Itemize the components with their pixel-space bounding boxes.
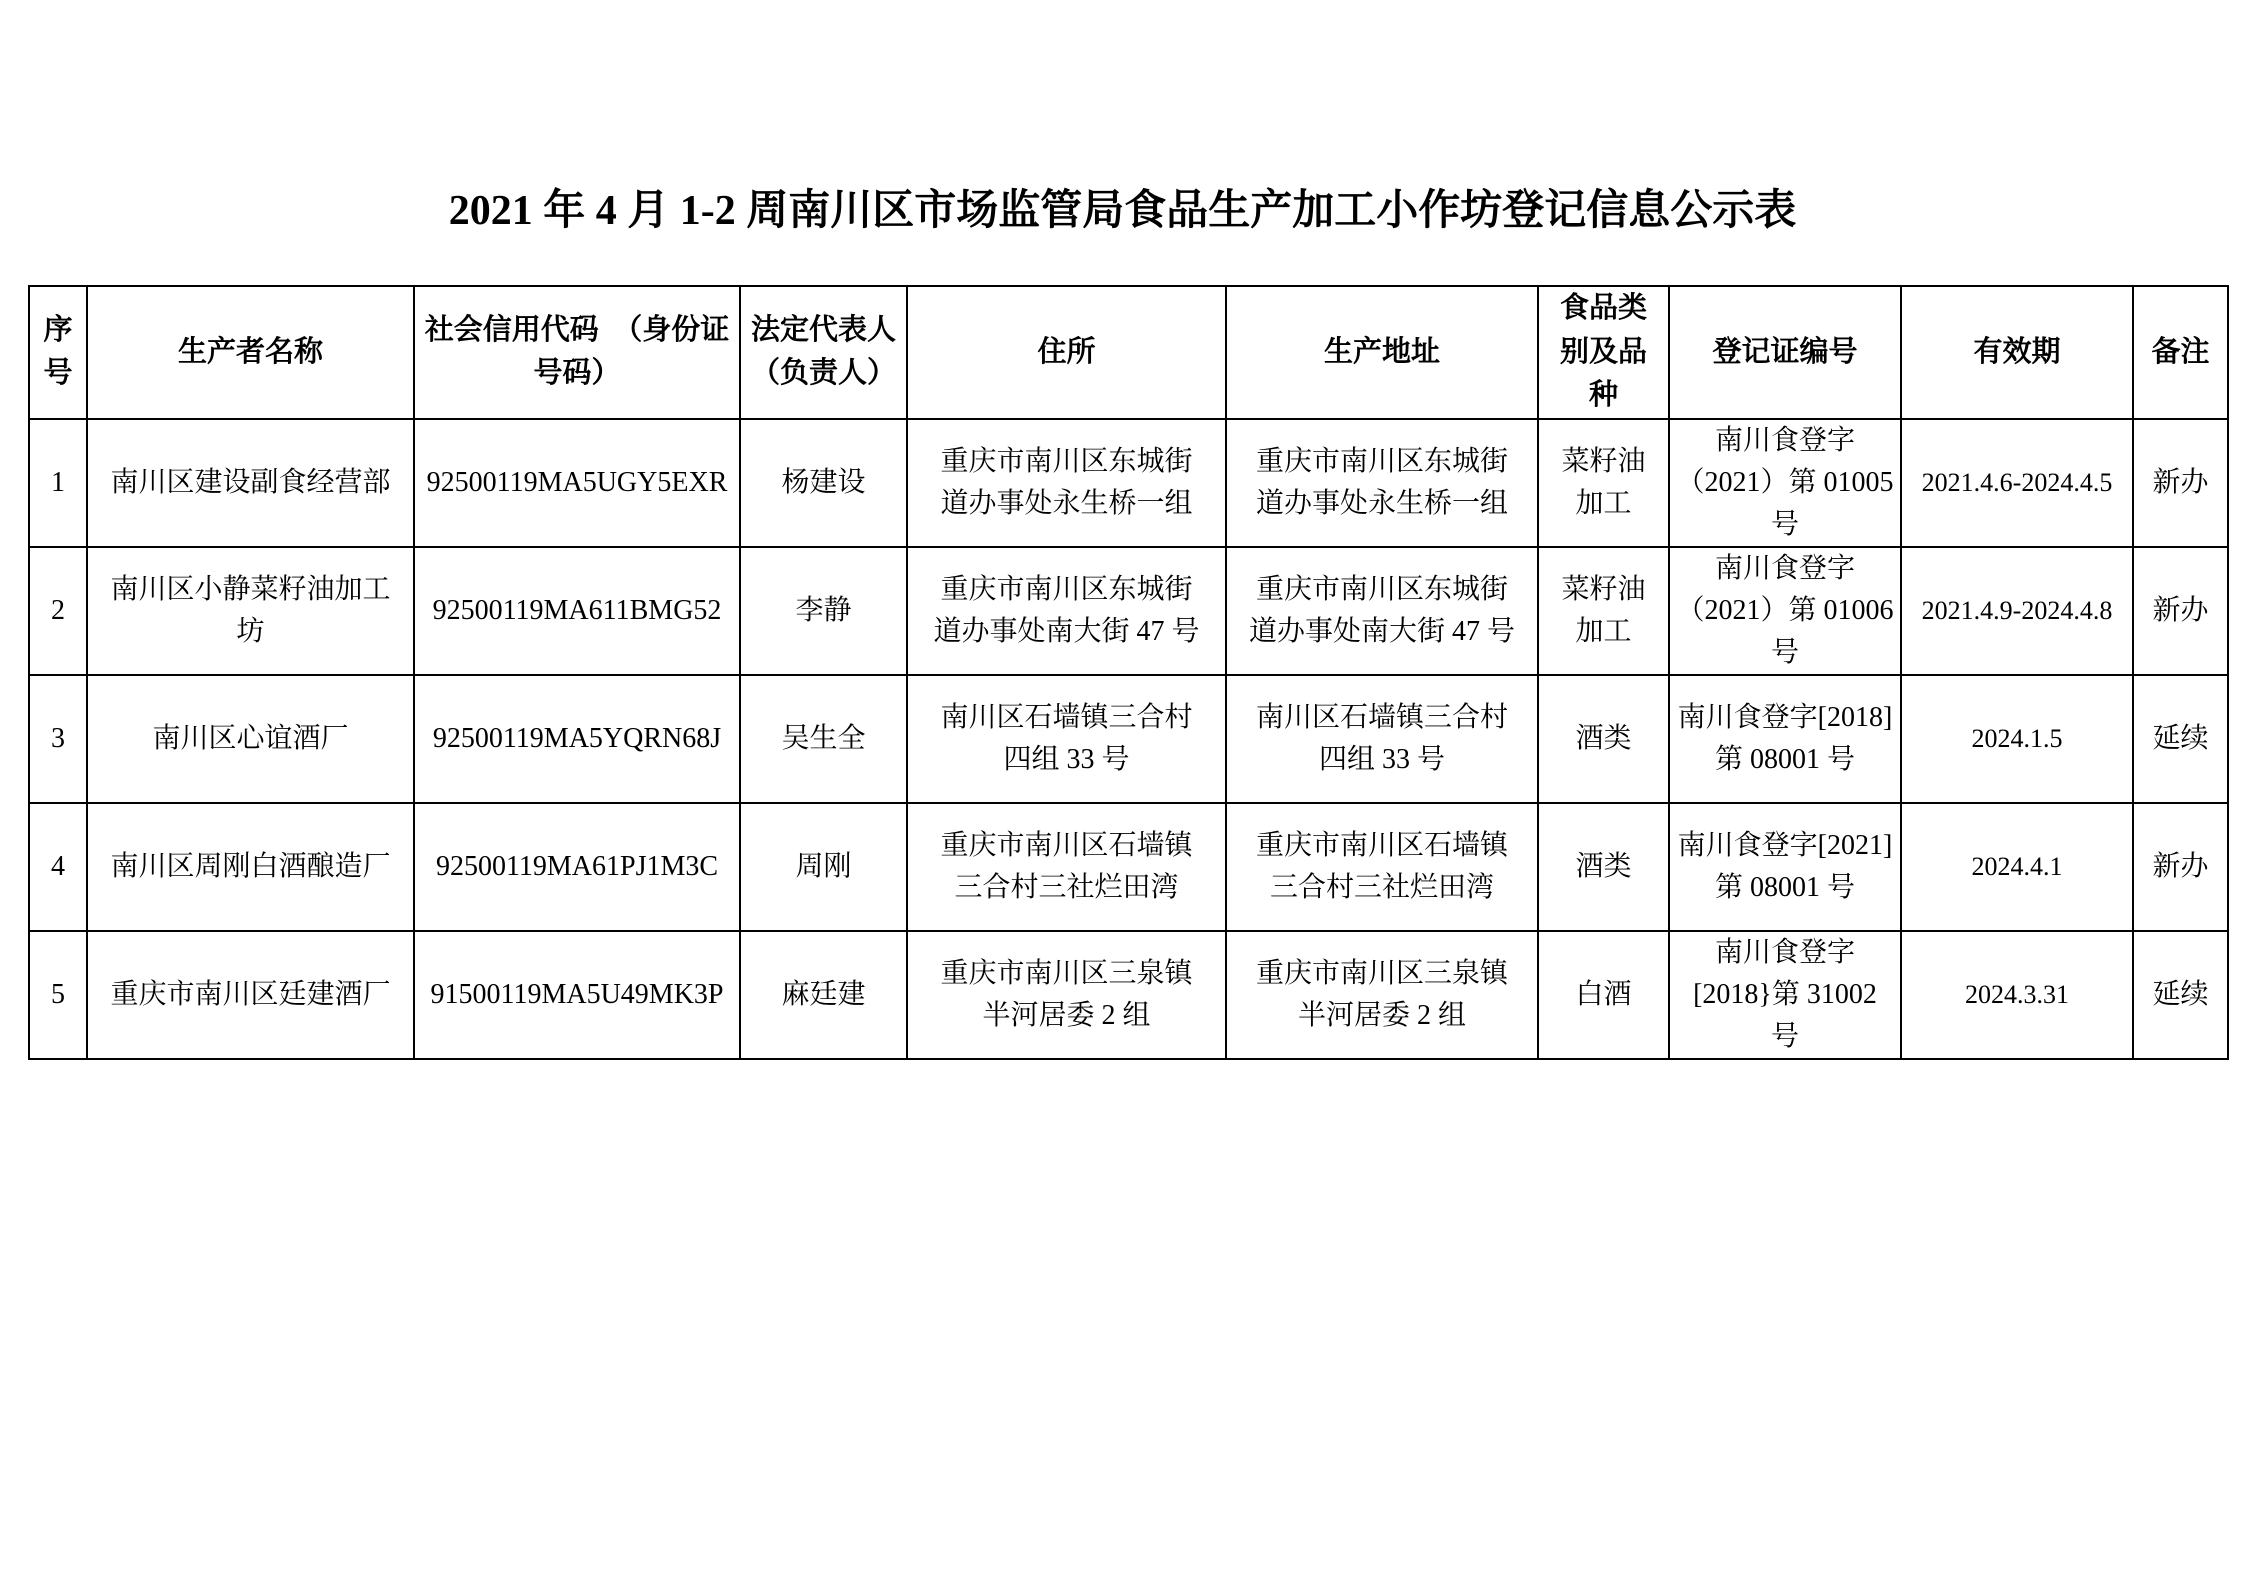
cell-credit-code: 92500119MA5YQRN68J [414, 675, 740, 803]
cell-validity: 2021.4.6-2024.4.5 [1901, 419, 2133, 547]
cell-production-address: 重庆市南川区东城街道办事处永生桥一组 [1226, 419, 1538, 547]
cell-credit-code: 92500119MA611BMG52 [414, 547, 740, 675]
cell-validity: 2021.4.9-2024.4.8 [1901, 547, 2133, 675]
cell-legal-representative: 李静 [740, 547, 907, 675]
registration-table: 序号 生产者名称 社会信用代码 （身份证号码） 法定代表人（负责人） 住所 生产… [28, 285, 2229, 1060]
cell-validity: 2024.3.31 [1901, 931, 2133, 1059]
header-production-address: 生产地址 [1226, 286, 1538, 419]
cell-food-category: 白酒 [1538, 931, 1669, 1059]
cell-food-category: 菜籽油加工 [1538, 547, 1669, 675]
cell-residence: 重庆市南川区三泉镇半河居委 2 组 [907, 931, 1226, 1059]
cell-residence: 重庆市南川区东城街道办事处南大街 47 号 [907, 547, 1226, 675]
cell-residence: 重庆市南川区东城街道办事处永生桥一组 [907, 419, 1226, 547]
cell-registration-no: 南川食登字[2018]第 08001 号 [1669, 675, 1901, 803]
cell-credit-code: 91500119MA5U49MK3P [414, 931, 740, 1059]
cell-legal-representative: 吴生全 [740, 675, 907, 803]
cell-no: 3 [29, 675, 87, 803]
table-body: 1 南川区建设副食经营部 92500119MA5UGY5EXR 杨建设 重庆市南… [29, 419, 2228, 1059]
cell-producer-name: 南川区周刚白酒酿造厂 [87, 803, 414, 931]
table-row: 2 南川区小静菜籽油加工坊 92500119MA611BMG52 李静 重庆市南… [29, 547, 2228, 675]
header-validity: 有效期 [1901, 286, 2133, 419]
cell-registration-no: 南川食登字（2021）第 01005 号 [1669, 419, 1901, 547]
cell-legal-representative: 麻廷建 [740, 931, 907, 1059]
cell-validity: 2024.4.1 [1901, 803, 2133, 931]
header-food-category: 食品类别及品种 [1538, 286, 1669, 419]
header-no: 序号 [29, 286, 87, 419]
table-row: 5 重庆市南川区廷建酒厂 91500119MA5U49MK3P 麻廷建 重庆市南… [29, 931, 2228, 1059]
cell-no: 1 [29, 419, 87, 547]
cell-food-category: 酒类 [1538, 803, 1669, 931]
page-title: 2021 年 4 月 1-2 周南川区市场监管局食品生产加工小作坊登记信息公示表 [0, 186, 2245, 236]
cell-food-category: 酒类 [1538, 675, 1669, 803]
cell-production-address: 重庆市南川区石墙镇三合村三社烂田湾 [1226, 803, 1538, 931]
cell-credit-code: 92500119MA61PJ1M3C [414, 803, 740, 931]
cell-no: 5 [29, 931, 87, 1059]
header-row: 序号 生产者名称 社会信用代码 （身份证号码） 法定代表人（负责人） 住所 生产… [29, 286, 2228, 419]
cell-registration-no: 南川食登字[2021]第 08001 号 [1669, 803, 1901, 931]
table-row: 1 南川区建设副食经营部 92500119MA5UGY5EXR 杨建设 重庆市南… [29, 419, 2228, 547]
header-producer-name: 生产者名称 [87, 286, 414, 419]
cell-production-address: 南川区石墙镇三合村四组 33 号 [1226, 675, 1538, 803]
cell-remark: 延续 [2133, 931, 2228, 1059]
cell-residence: 南川区石墙镇三合村四组 33 号 [907, 675, 1226, 803]
cell-remark: 延续 [2133, 675, 2228, 803]
cell-producer-name: 南川区建设副食经营部 [87, 419, 414, 547]
cell-remark: 新办 [2133, 547, 2228, 675]
cell-residence: 重庆市南川区石墙镇三合村三社烂田湾 [907, 803, 1226, 931]
header-remark: 备注 [2133, 286, 2228, 419]
header-credit-code: 社会信用代码 （身份证号码） [414, 286, 740, 419]
cell-registration-no: 南川食登字[2018}第 31002 号 [1669, 931, 1901, 1059]
table-header: 序号 生产者名称 社会信用代码 （身份证号码） 法定代表人（负责人） 住所 生产… [29, 286, 2228, 419]
cell-no: 2 [29, 547, 87, 675]
header-residence: 住所 [907, 286, 1226, 419]
cell-legal-representative: 周刚 [740, 803, 907, 931]
header-registration-no: 登记证编号 [1669, 286, 1901, 419]
cell-remark: 新办 [2133, 803, 2228, 931]
cell-producer-name: 南川区心谊酒厂 [87, 675, 414, 803]
header-legal-representative: 法定代表人（负责人） [740, 286, 907, 419]
cell-food-category: 菜籽油加工 [1538, 419, 1669, 547]
cell-legal-representative: 杨建设 [740, 419, 907, 547]
document-page: 2021 年 4 月 1-2 周南川区市场监管局食品生产加工小作坊登记信息公示表… [0, 0, 2245, 1587]
cell-production-address: 重庆市南川区东城街道办事处南大街 47 号 [1226, 547, 1538, 675]
cell-registration-no: 南川食登字（2021）第 01006 号 [1669, 547, 1901, 675]
cell-producer-name: 重庆市南川区廷建酒厂 [87, 931, 414, 1059]
cell-producer-name: 南川区小静菜籽油加工坊 [87, 547, 414, 675]
cell-validity: 2024.1.5 [1901, 675, 2133, 803]
table-row: 3 南川区心谊酒厂 92500119MA5YQRN68J 吴生全 南川区石墙镇三… [29, 675, 2228, 803]
cell-production-address: 重庆市南川区三泉镇半河居委 2 组 [1226, 931, 1538, 1059]
cell-remark: 新办 [2133, 419, 2228, 547]
table-row: 4 南川区周刚白酒酿造厂 92500119MA61PJ1M3C 周刚 重庆市南川… [29, 803, 2228, 931]
cell-no: 4 [29, 803, 87, 931]
cell-credit-code: 92500119MA5UGY5EXR [414, 419, 740, 547]
